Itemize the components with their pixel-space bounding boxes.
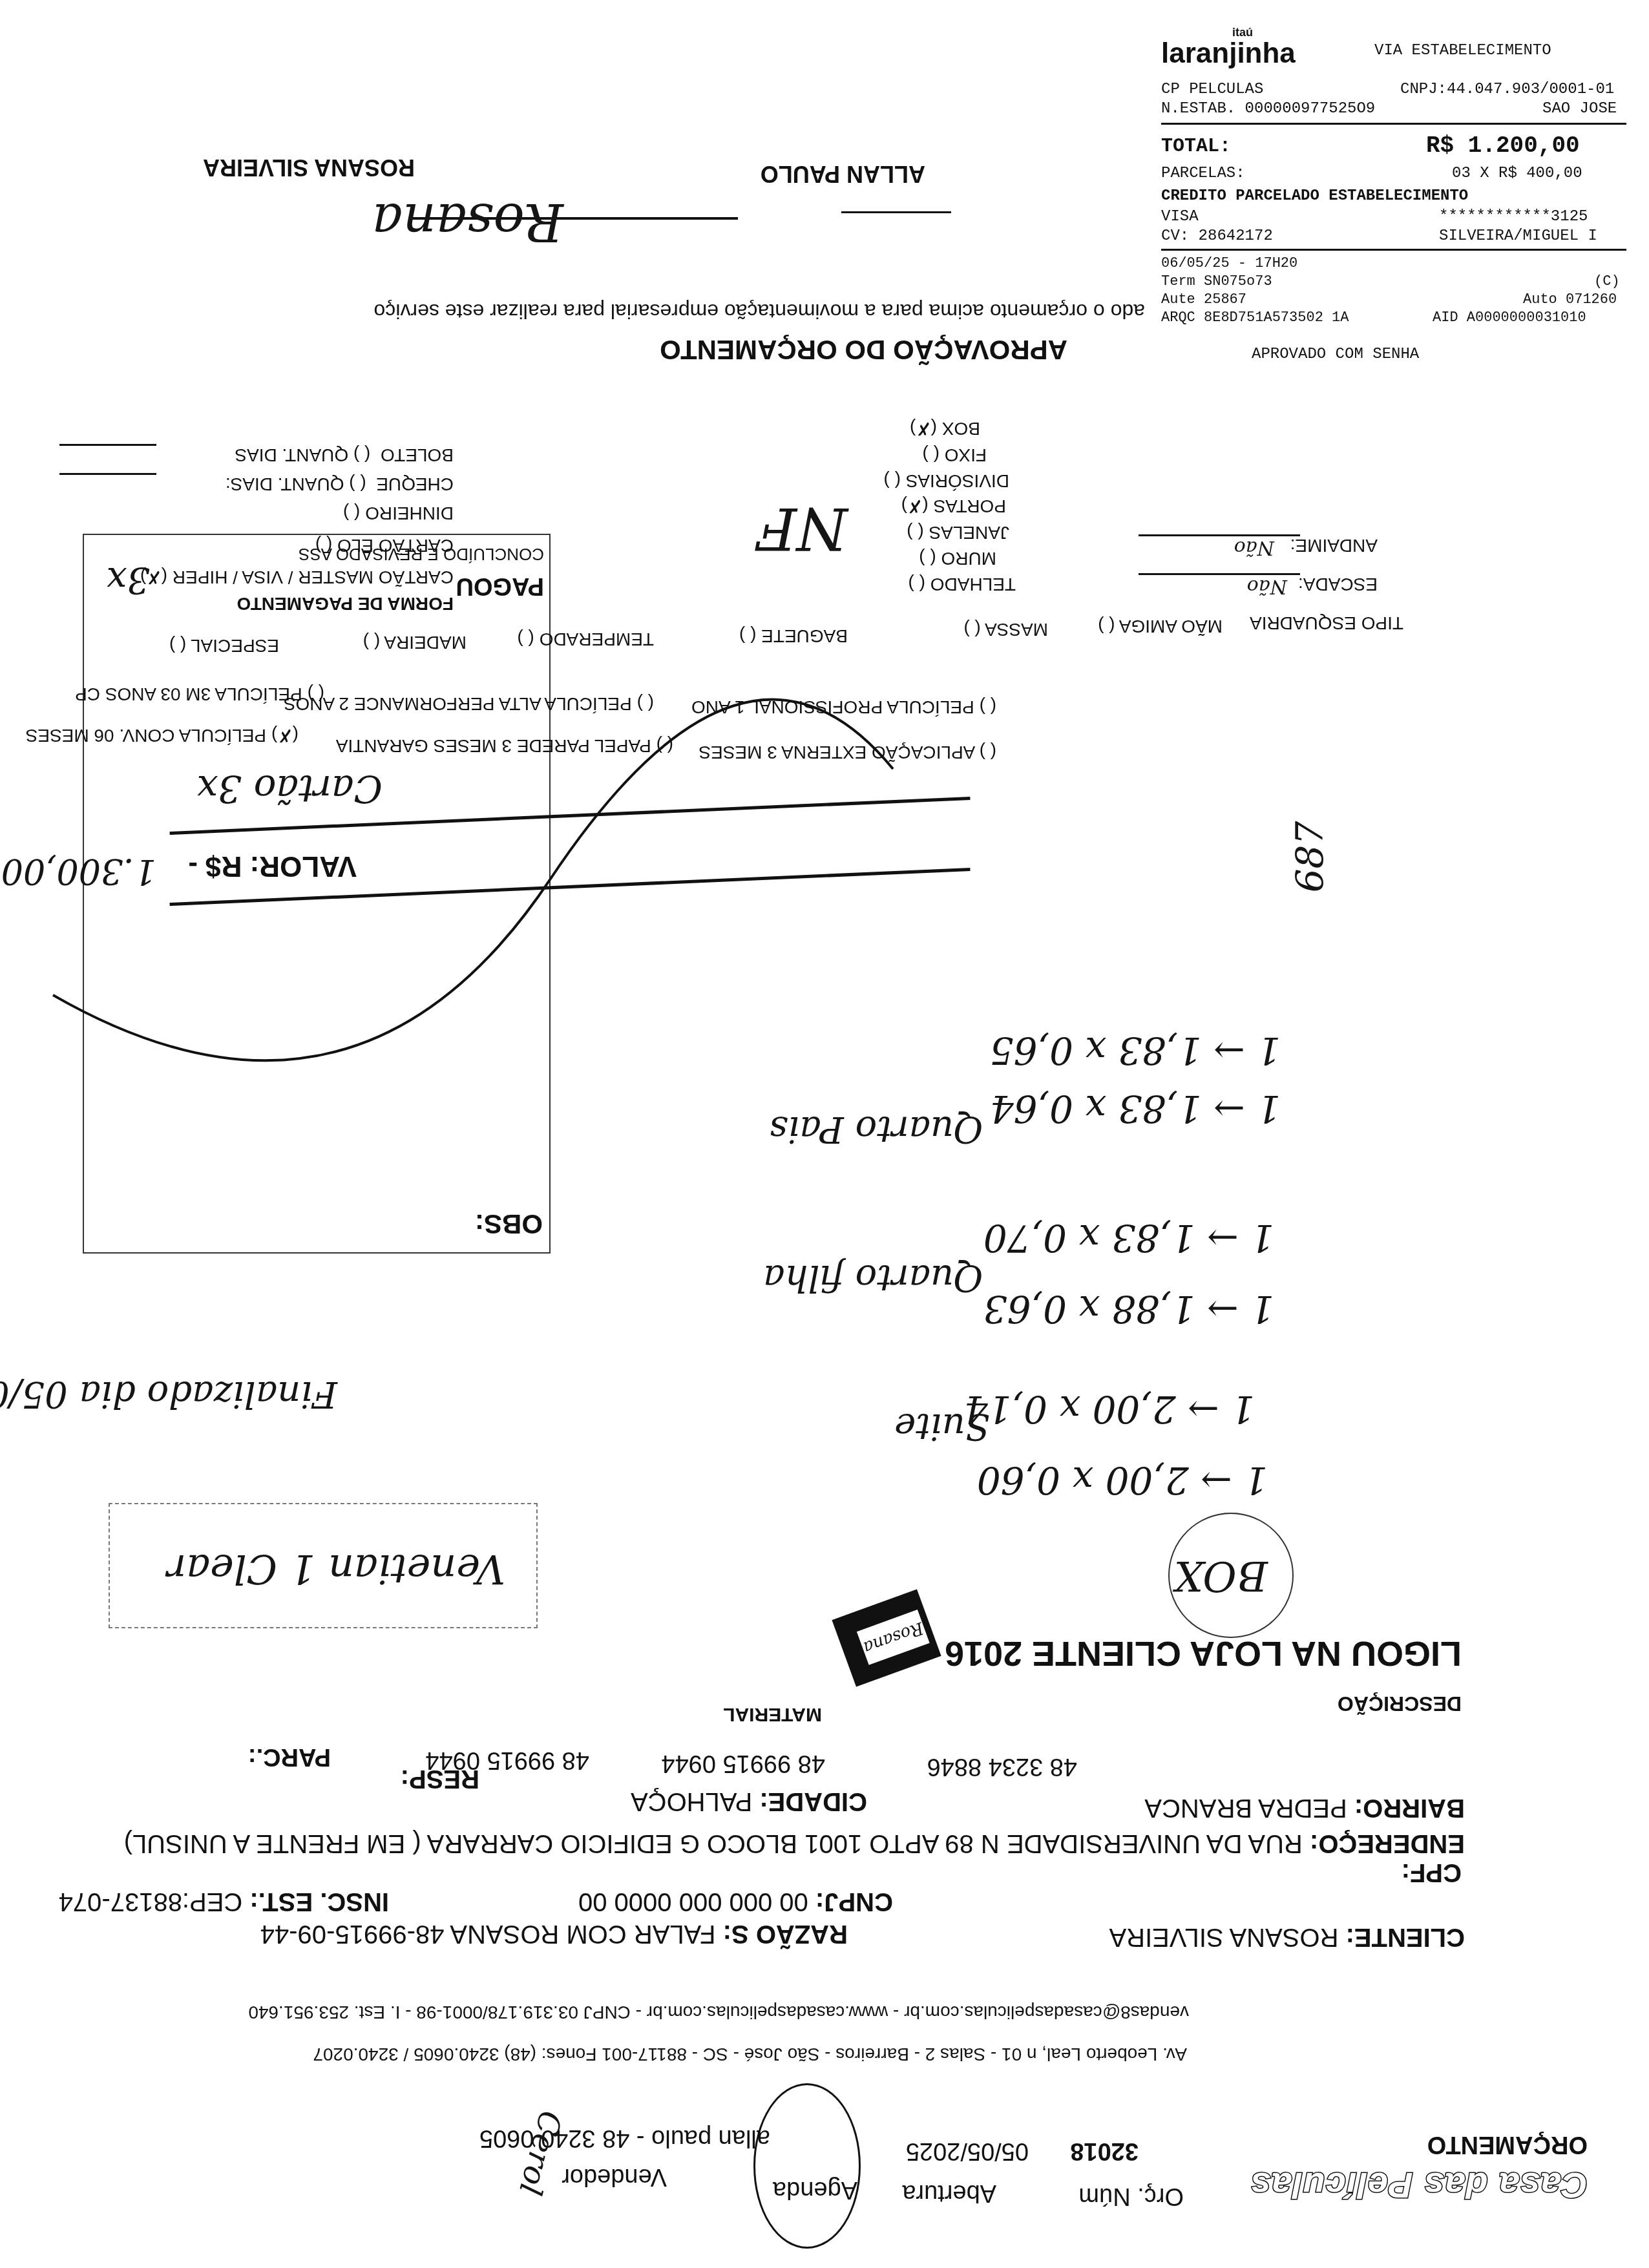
agenda-circle	[753, 2083, 861, 2249]
valor-code-note: 687	[1288, 821, 1332, 893]
payment-note: Cartão 3x	[196, 767, 383, 811]
budget-sheet: Casa das Películas ORÇAMENTO Orç. Núm 32…	[0, 0, 1649, 2268]
payment-cheque[interactable]: CHEQUE ( ) QUANT. DIAS:	[226, 474, 454, 494]
measure-3: 1 → 1,88 x 0,63	[983, 1287, 1274, 1331]
material-label: MATERIAL	[723, 1703, 822, 1725]
receipt-bandeira: VISA	[1161, 208, 1199, 226]
approval-title: APROVAÇÃO DO ORÇAMENTO	[660, 334, 1067, 365]
phone-3: 48 99915 0944	[425, 1746, 589, 1774]
payment-dinheiro[interactable]: DINHEIRO ( )	[343, 503, 454, 523]
brand-logo: Casa das Películas	[1250, 2165, 1588, 2207]
measure-6: 1 → 1,83 x 0,65	[990, 1029, 1281, 1073]
esquadria-madeira[interactable]: MADEIRA ( )	[363, 632, 467, 653]
measure-4-note: Quarto filha	[763, 1257, 983, 1299]
notice-banner: LIGOU NA LOJA CLIENTE 2016	[945, 1633, 1462, 1674]
receipt-via: VIA ESTABELECIMENTO	[1374, 42, 1551, 59]
esquadria-mao-amiga[interactable]: MÃO AMIGA ( )	[1098, 616, 1223, 636]
doc-title: ORÇAMENTO	[1427, 2130, 1588, 2158]
local-telhado[interactable]: TELHADO ( )	[909, 574, 1016, 594]
esquadria-massa[interactable]: MASSA ( )	[963, 619, 1048, 640]
client-signature-name: ROSANA SILVEIRA	[203, 154, 415, 181]
local-portas[interactable]: PORTAS (✗)	[901, 496, 1006, 517]
sticker-text: Rosana	[857, 1610, 930, 1665]
checkbox-icon[interactable]: ( )	[637, 693, 654, 714]
receipt-city: SAO JOSE	[1542, 100, 1617, 118]
seller-sign-line	[841, 211, 951, 213]
payment-elo[interactable]: CARTÃO ELO ( )	[315, 535, 454, 556]
orc-num: 32018	[1070, 2137, 1139, 2165]
cidade-row: CIDADE: PALHOÇA	[631, 1787, 867, 1816]
receipt-c: (C)	[1594, 273, 1620, 289]
receipt-brand: laranjinha	[1161, 37, 1296, 70]
obs-box: OBS: PAGOU CONCLUÍDO E REVISADO ASS	[83, 534, 551, 1254]
valor-label: VALOR: R$ -	[188, 850, 357, 882]
receipt-aid: AID A0000000031010	[1433, 310, 1586, 326]
measure-4: 1 → 1,83 x 0,70	[983, 1216, 1274, 1260]
handwritten-header-note: Cerol	[512, 2107, 569, 2199]
film-option-2[interactable]: ( ) PAPEL PAREDE 3 MESES GARANTIA	[336, 735, 673, 756]
pagou-label: PAGOU	[456, 572, 544, 600]
receipt-merchant: CP PELCULAS	[1161, 81, 1263, 98]
seller-signature-name: ALLAN PAULO	[761, 160, 925, 187]
receipt-cv: CV: 28642172	[1161, 227, 1273, 245]
esquadria-temperado[interactable]: TEMPERADO ( )	[517, 629, 654, 649]
receipt-divider-1	[1161, 123, 1626, 125]
parc-label: PARC.:	[248, 1743, 331, 1770]
orc-num-label: Orç. Núm	[1078, 2182, 1184, 2210]
receipt-arqc: ARQC 8E8D751A573502 1A	[1161, 310, 1349, 326]
receipt-total: R$ 1.200,00	[1426, 132, 1580, 159]
phone-2: 48 99915 0944	[661, 1749, 825, 1777]
phone-1: 48 3234 8846	[927, 1752, 1077, 1780]
cliente-row: CLIENTE: ROSANA SILVEIRA	[1109, 1922, 1465, 1951]
client-signature: Rosana	[372, 192, 563, 252]
receipt-status: APROVADO COM SENHA	[1252, 346, 1419, 363]
payment-card[interactable]: CARTÃO MASTER / VISA / HIPER (✗)	[140, 567, 454, 588]
company-contact: vendas8@casadaspeliculas.com.br - www.ca…	[248, 2002, 1189, 2022]
measure-2-note: Suite	[894, 1405, 990, 1447]
endereco-row: ENDEREÇO: RUA DA UNIVERSIDADE N 89 APTO …	[124, 1829, 1465, 1858]
cheque-days-line	[59, 473, 156, 475]
receipt-datetime: 06/05/25 - 17H20	[1161, 255, 1297, 271]
local-divisorias[interactable]: DIVISÓRIAS ( )	[884, 470, 1009, 491]
receipt-divider-2	[1161, 249, 1626, 251]
escada-value: Não	[1247, 575, 1287, 598]
escada-label: ESCADA:	[1298, 574, 1378, 594]
finalized-note: Finalizado dia 05/06 realizou tudo	[0, 1373, 337, 1415]
receipt-parcelas-label: PARCELAS:	[1161, 165, 1245, 182]
receipt-estab: N.ESTAB. 000000977525O9	[1161, 100, 1375, 118]
receipt-brand-sub: itaú	[1232, 26, 1253, 39]
film-option-1[interactable]: (✗) PELÍCULA CONV. 06 MESES	[26, 725, 299, 746]
valor-amount: 1.300,00	[1, 851, 156, 892]
receipt-auto: Auto 071260	[1523, 291, 1617, 308]
receipt-operator: SILVEIRA/MIGUEL I	[1439, 227, 1597, 245]
esquadria-label: TIPO ESQUADRIA	[1250, 613, 1403, 633]
nf-note: NF	[757, 494, 848, 562]
film-option-3[interactable]: ( ) APLICAÇÃO EXTERNA 3 MESES	[698, 742, 996, 762]
obs-label: OBS:	[475, 1208, 543, 1239]
andaime-label: ANDAIME:	[1290, 535, 1378, 556]
boleto-days-line	[59, 444, 156, 446]
measure-2: 1 → 2,00 x 0,14	[964, 1387, 1255, 1431]
local-fixo[interactable]: FIXO ( )	[922, 445, 987, 465]
local-muro[interactable]: MURO ( )	[919, 548, 996, 569]
cnpj-row: CNPJ: 00 000 000 0000 00	[578, 1887, 893, 1916]
checkbox-icon[interactable]: ( )	[656, 735, 673, 756]
checkbox-icon[interactable]: ( )	[980, 742, 996, 762]
receipt-card: ************3125	[1439, 208, 1588, 226]
abertura-date: 05/05/2025	[906, 2137, 1029, 2165]
checkbox-icon[interactable]: ( )	[980, 697, 996, 717]
escada-line	[1139, 573, 1300, 575]
bairro-row: BAIRRO: PEDRA BRANCA	[1144, 1793, 1465, 1822]
product-note: Venetian 1 Clear	[167, 1546, 505, 1593]
approval-text: ado o orçamento acima para a movimentaçã…	[374, 299, 1145, 323]
vendedor-label: Vendedor	[562, 2163, 667, 2190]
receipt-total-label: TOTAL:	[1161, 136, 1231, 158]
abertura-label: Abertura	[902, 2179, 996, 2207]
receipt-aute: Aute 25867	[1161, 291, 1246, 308]
insc-cep-row: INSC. EST.: CEP:88137-074	[59, 1887, 389, 1916]
receipt-term: Term SN075o73	[1161, 273, 1272, 289]
box-note: BOX	[1174, 1551, 1268, 1599]
payment-boleto[interactable]: BOLETO ( ) QUANT. DIAS	[235, 445, 454, 465]
esquadria-especial[interactable]: ESPECIAL ( )	[169, 635, 279, 656]
film-option-6[interactable]: ( ) PELÍCULA PROFISSIONAL 1 ANO	[691, 697, 996, 717]
film-option-5[interactable]: ( ) PELÍCULA ALTA PERFORMANCE 2 ANOS	[284, 693, 654, 714]
local-box[interactable]: BOX (✗)	[910, 418, 980, 439]
receipt-cnpj: CNPJ:44.047.903/0001-01	[1400, 81, 1614, 98]
cpf-label: CPF:	[1402, 1858, 1462, 1887]
local-janelas[interactable]: JANELAS ( )	[907, 522, 1009, 543]
agenda-label: Agenda	[773, 2176, 857, 2203]
payment-title: FORMA DE PAGAMENTO	[237, 593, 454, 614]
checkbox-checked-icon[interactable]: (✗)	[271, 725, 299, 746]
receipt-parcelas: 03 X R$ 400,00	[1452, 165, 1582, 182]
payment-card-note: 3x	[107, 559, 150, 601]
measure-1: 1 → 2,00 x 0,60	[977, 1458, 1268, 1502]
measure-5: 1 → 1,83 x 0,64	[990, 1087, 1281, 1131]
esquadria-baguete[interactable]: BAGUETE ( )	[739, 625, 848, 646]
name-sticker: Rosana	[832, 1589, 941, 1686]
andaime-line	[1139, 534, 1300, 536]
descricao-label: DESCRIÇÃO	[1338, 1692, 1462, 1716]
receipt-tipo: CREDITO PARCELADO ESTABELECIMENTO	[1161, 187, 1468, 205]
card-receipt: laranjinha itaú VIA ESTABELECIMENTO CP P…	[1155, 19, 1633, 401]
razao-row: RAZÃO S: FALAR COM ROSANA 48-99915-09-44	[260, 1919, 848, 1948]
company-address: Av. Leoberto Leal, n 01 - Salas 2 - Barr…	[313, 2044, 1187, 2064]
measure-6-note: Quarto Pais	[770, 1108, 983, 1150]
andaime-value: Não	[1234, 536, 1274, 559]
